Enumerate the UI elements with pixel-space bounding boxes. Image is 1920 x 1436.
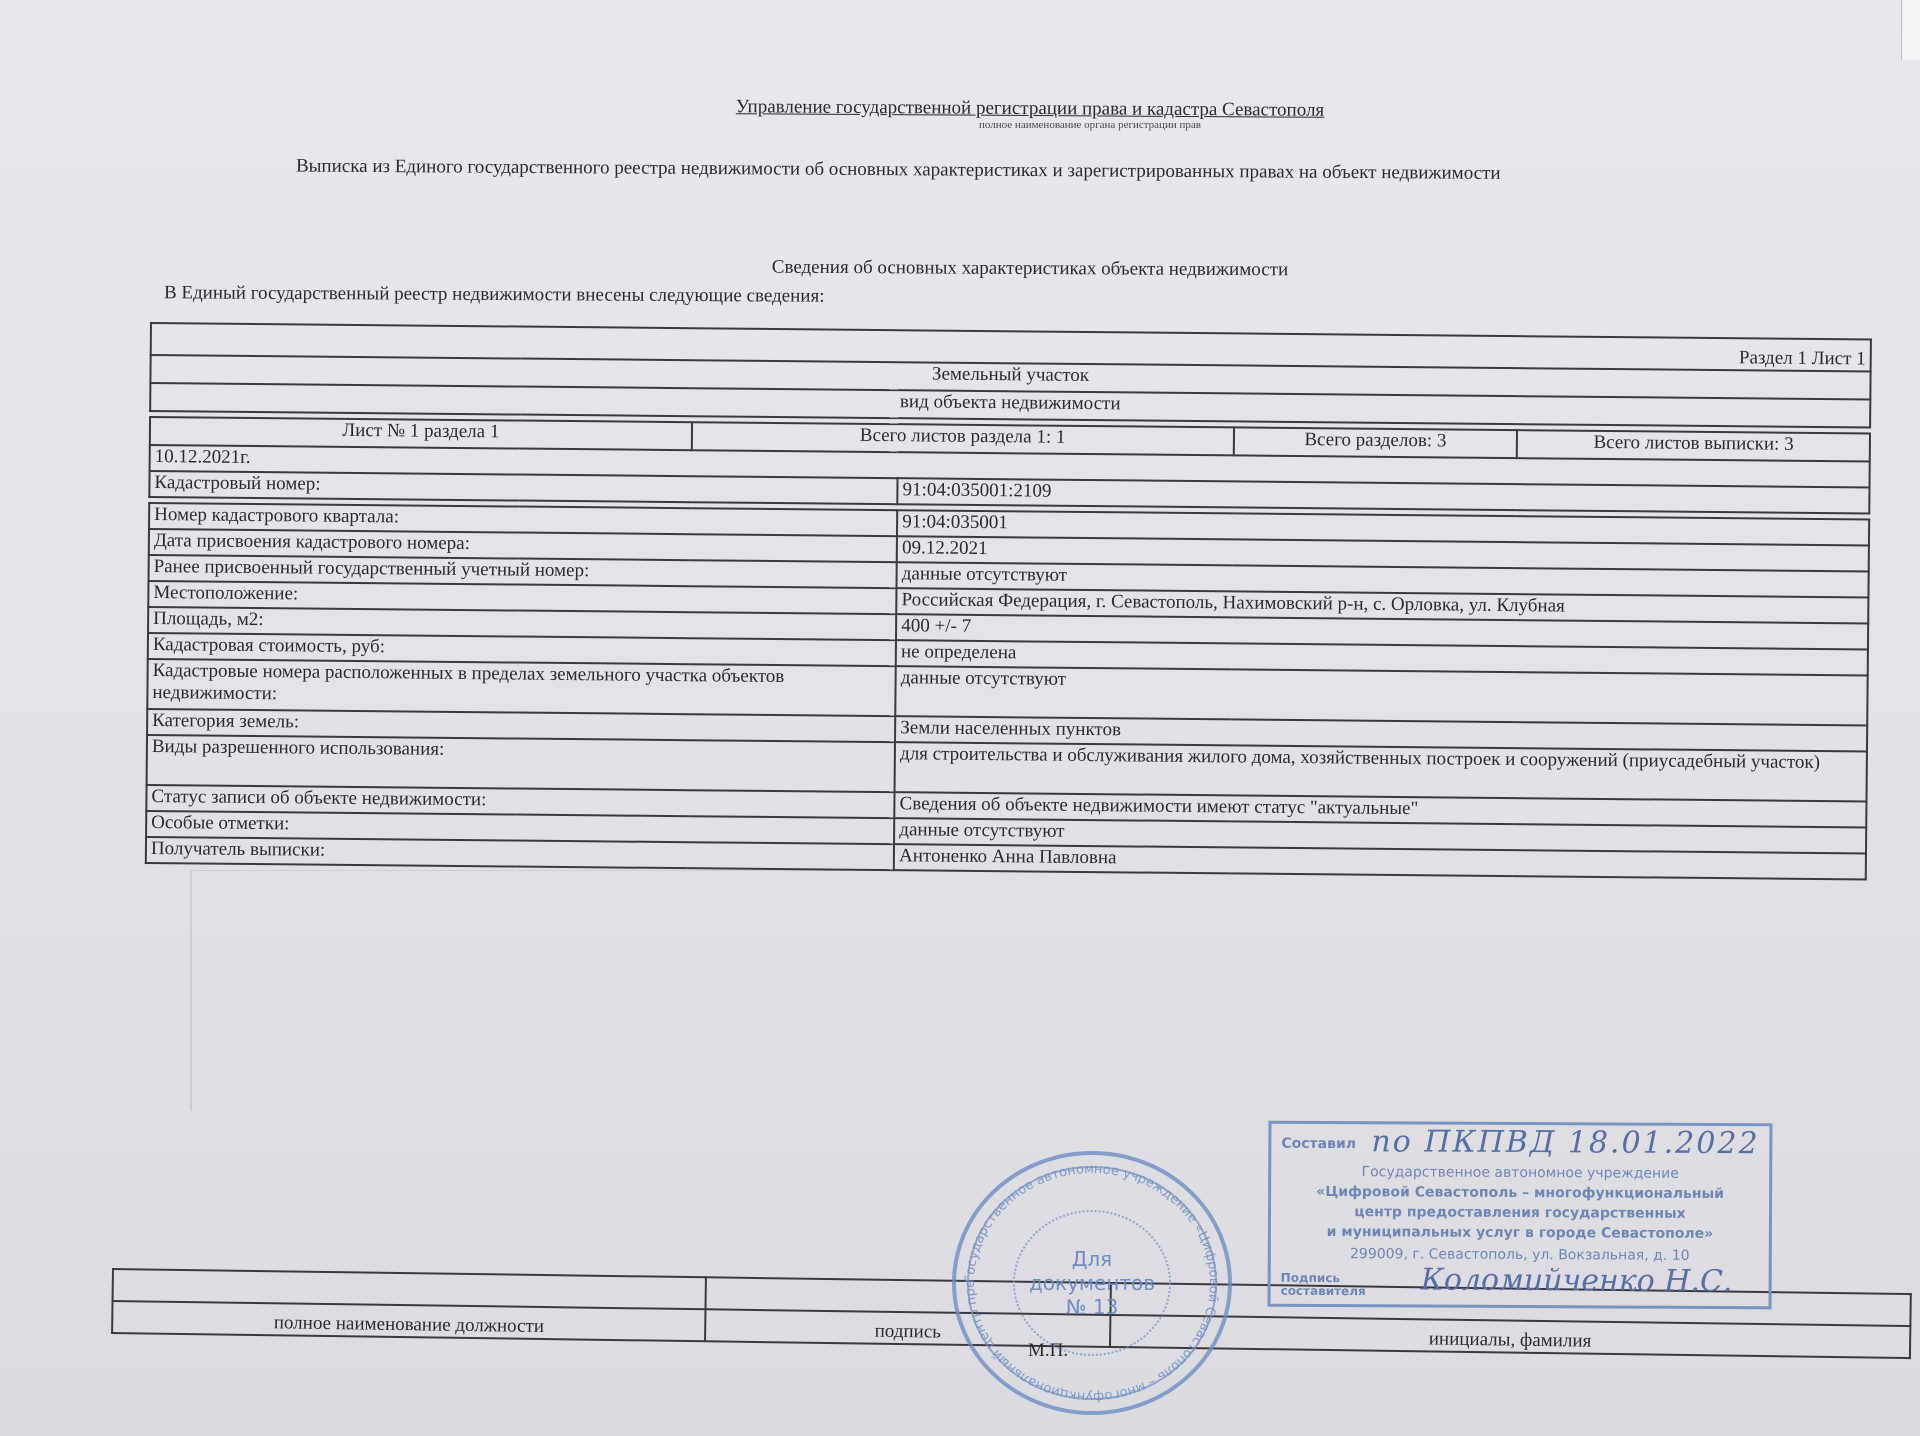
round-seal-stamp: Государственное автономное учреждение «Ц… <box>944 1145 1240 1421</box>
authority-caption: полное наименование органа регистрации п… <box>820 119 1360 131</box>
handwritten-signature: Коломийченко Н.С. <box>1421 1262 1733 1299</box>
document-title: Выписка из Единого государственного реес… <box>296 156 1756 187</box>
seal-center-text: Для документов № 13 <box>944 1247 1240 1319</box>
row-label: Кадастровые номера расположенных в преде… <box>147 659 896 716</box>
handwritten-note: по ПКПВД 18.01.2022 <box>1371 1124 1759 1161</box>
compiler-stamp: Составил по ПКПВД 18.01.2022 Государстве… <box>1268 1121 1773 1310</box>
extract-sheets-total: Всего листов выписки: 3 <box>1517 430 1870 461</box>
document-page: Управление государственной регистрации п… <box>0 0 1920 1436</box>
sections-total: Всего разделов: 3 <box>1233 427 1517 458</box>
section-title: Сведения об основных характеристиках объ… <box>720 256 1340 281</box>
underlying-sheet-edge <box>1901 0 1920 60</box>
signature-label: Подпись составителя <box>1281 1272 1366 1298</box>
bleed-through-text <box>190 870 832 1111</box>
intro-text: В Единый государственный реестр недвижим… <box>164 282 825 307</box>
row-label: Виды разрешенного использования: <box>147 735 896 792</box>
composed-label: Составил <box>1281 1136 1356 1152</box>
characteristics-table: Раздел 1 Лист 1 Земельный участок вид об… <box>145 322 1872 881</box>
